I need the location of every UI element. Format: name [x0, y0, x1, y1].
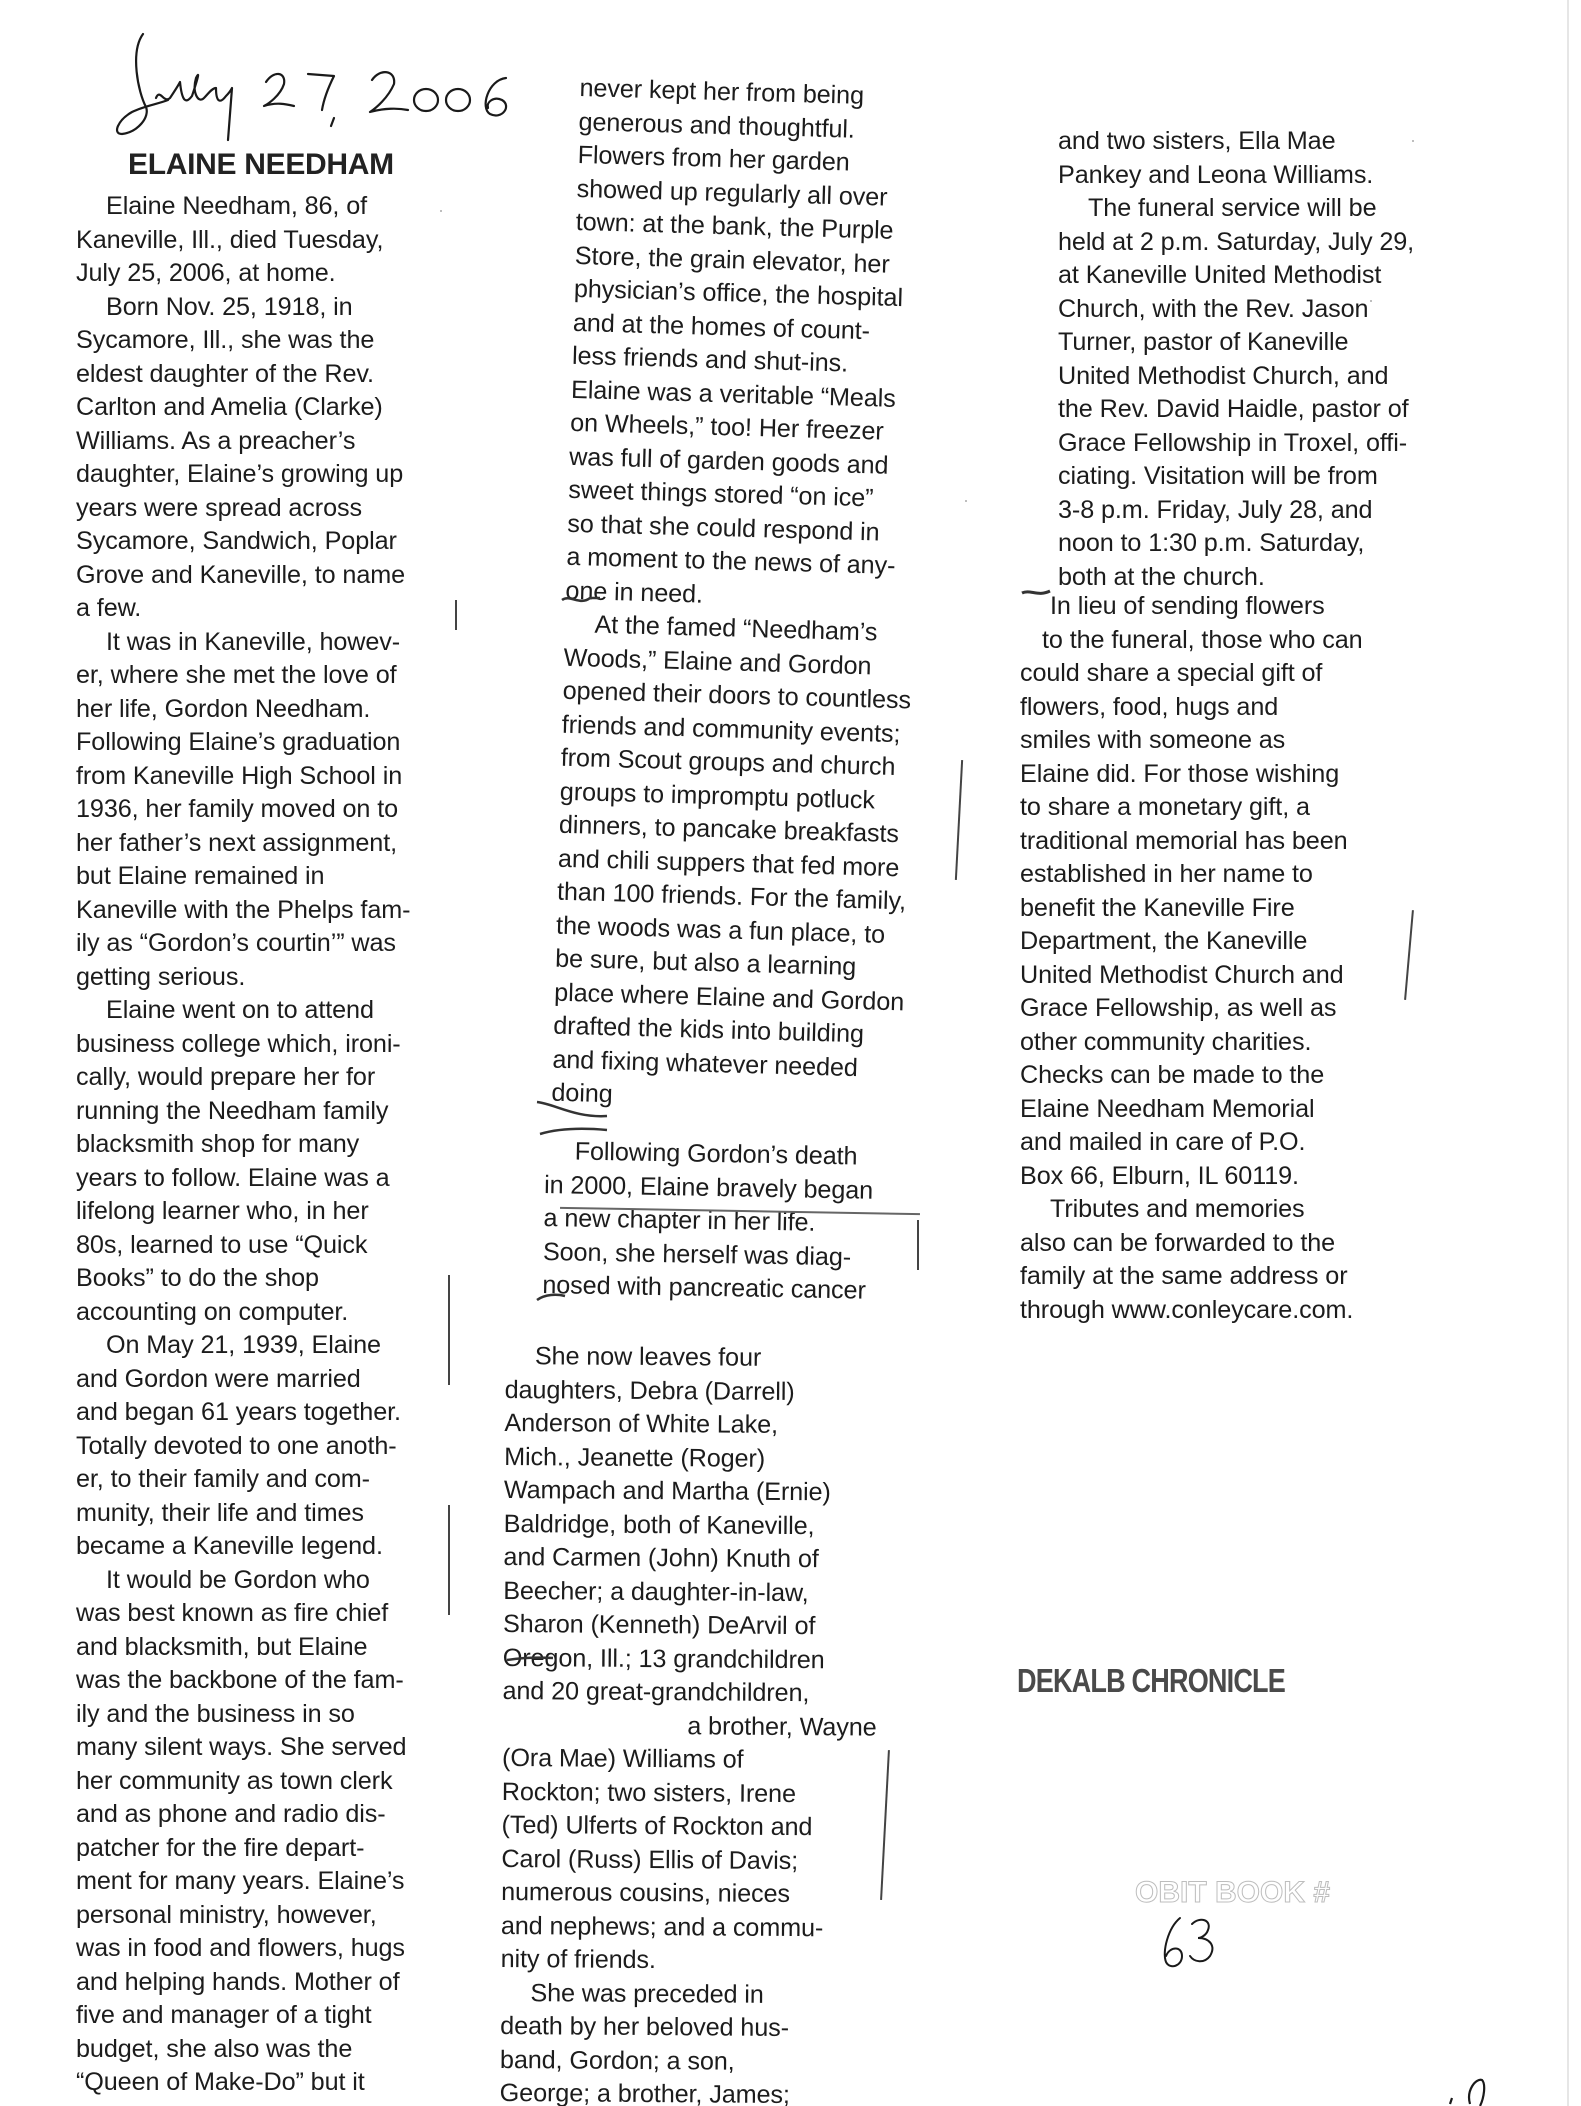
- text-line: Checks can be made to the: [1020, 1059, 1420, 1093]
- obituary-column-2-middle: Following Gordon’s deathin 2000, Elaine …: [542, 1135, 955, 1310]
- text-line: many silent ways. She served: [76, 1731, 466, 1765]
- handwriting-icon: [1158, 1912, 1228, 1972]
- text-line: blacksmith shop for many: [76, 1128, 466, 1162]
- text-line: was best known as fire chief: [76, 1597, 466, 1631]
- text-line: nity of friends.: [501, 1943, 911, 1979]
- text-line: cally, would prepare her for: [76, 1061, 466, 1095]
- scan-speck: [1370, 300, 1372, 302]
- pen-mark-icon: [560, 590, 640, 610]
- text-line: smiles with someone as: [1020, 724, 1420, 758]
- text-line: ily and the business in so: [76, 1698, 466, 1732]
- text-line: Following Elaine’s graduation: [76, 726, 466, 760]
- text-line: ily as “Gordon’s courtin’” was: [76, 927, 466, 961]
- handwritten-mark: [1440, 2070, 1510, 2106]
- text-line: er, to their family and com-: [76, 1463, 466, 1497]
- text-line: to the funeral, those who can: [1020, 624, 1420, 658]
- text-line: Sycamore, Ill., she was the: [76, 324, 466, 358]
- text-line: years were spread across: [76, 492, 466, 526]
- text-line: but Elaine remained in: [76, 860, 466, 894]
- text-line: er, where she met the love of: [76, 659, 466, 693]
- text-line: Mich., Jeanette (Roger): [504, 1440, 914, 1476]
- obituary-column-2-bottom: She now leaves fourdaughters, Debra (Dar…: [500, 1340, 915, 2106]
- text-line: United Methodist Church, and: [1058, 360, 1438, 394]
- text-line: Rockton; two sisters, Irene: [502, 1775, 912, 1811]
- clipping-edge: [455, 600, 457, 630]
- text-line: Anderson of White Lake,: [504, 1407, 914, 1443]
- scan-edge: [1567, 0, 1569, 2106]
- text-line: and blacksmith, but Elaine: [76, 1631, 466, 1665]
- text-line: getting serious.: [76, 961, 466, 995]
- text-line: Born Nov. 25, 1918, in: [76, 291, 466, 325]
- text-line: also can be forwarded to the: [1020, 1227, 1420, 1261]
- text-line: It was in Kaneville, howev-: [76, 626, 466, 660]
- text-line: benefit the Kaneville Fire: [1020, 892, 1420, 926]
- text-line: Books” to do the shop: [76, 1262, 466, 1296]
- text-line: 1936, her family moved on to: [76, 793, 466, 827]
- text-line: Elaine went on to attend: [76, 994, 466, 1028]
- text-line: was the backbone of the fam-: [76, 1664, 466, 1698]
- newspaper-stamp: DEKALB CHRONICLE: [1017, 1662, 1285, 1700]
- text-line: Turner, pastor of Kaneville: [1058, 326, 1438, 360]
- text-line: Elaine did. For those wishing: [1020, 758, 1420, 792]
- text-line: a brother, Wayne: [502, 1708, 912, 1744]
- text-line: eldest daughter of the Rev.: [76, 358, 466, 392]
- pen-mark-icon: [535, 1290, 595, 1310]
- text-line: at Kaneville United Methodist: [1058, 259, 1438, 293]
- text-line: Elaine Needham, 86, of: [76, 190, 466, 224]
- text-line: patcher for the fire depart-: [76, 1832, 466, 1866]
- text-line: United Methodist Church and: [1020, 959, 1420, 993]
- scan-speck: [965, 500, 967, 502]
- text-line: the Rev. David Haidle, pastor of: [1058, 393, 1438, 427]
- text-line: Williams. As a preacher’s: [76, 425, 466, 459]
- text-line: The funeral service will be: [1058, 192, 1438, 226]
- pen-mark-icon: [1020, 585, 1060, 605]
- scan-speck: [1412, 140, 1414, 142]
- text-line: She was preceded in: [500, 1976, 910, 2012]
- text-line: and as phone and radio dis-: [76, 1798, 466, 1832]
- text-line: Tributes and memories: [1020, 1193, 1420, 1227]
- text-line: through www.conleycare.com.: [1020, 1294, 1420, 1328]
- obituary-column-1: Elaine Needham, 86, ofKaneville, Ill., d…: [76, 190, 466, 2100]
- text-line: was in food and flowers, hugs: [76, 1932, 466, 1966]
- text-line: and began 61 years together.: [76, 1396, 466, 1430]
- obituary-column-3-top: and two sisters, Ella MaePankey and Leon…: [1058, 125, 1438, 594]
- text-line: Elaine Needham Memorial: [1020, 1093, 1420, 1127]
- text-line: (Ted) Ulferts of Rockton and: [501, 1809, 911, 1845]
- text-line: and helping hands. Mother of: [76, 1966, 466, 2000]
- text-line: Grace Fellowship, as well as: [1020, 992, 1420, 1026]
- text-line: Baldridge, both of Kaneville,: [504, 1507, 914, 1543]
- text-line: both at the church.: [1058, 561, 1438, 595]
- text-line: Carlton and Amelia (Clarke): [76, 391, 466, 425]
- text-line: running the Needham family: [76, 1095, 466, 1129]
- text-line: George; a brother, James;: [500, 2077, 910, 2106]
- text-line: other community charities.: [1020, 1026, 1420, 1060]
- text-line: became a Kaneville legend.: [76, 1530, 466, 1564]
- text-line: Church, with the Rev. Jason: [1058, 293, 1438, 327]
- text-line: five and manager of a tight: [76, 1999, 466, 2033]
- text-line: held at 2 p.m. Saturday, July 29,: [1058, 226, 1438, 260]
- text-line: “Queen of Make-Do” but it: [76, 2066, 466, 2100]
- text-line: numerous cousins, nieces: [501, 1876, 911, 1912]
- pen-mark-icon: [535, 1090, 625, 1140]
- text-line: to share a monetary gift, a: [1020, 791, 1420, 825]
- text-line: munity, their life and times: [76, 1497, 466, 1531]
- text-line: Department, the Kaneville: [1020, 925, 1420, 959]
- text-line: and Gordon were married: [76, 1363, 466, 1397]
- text-line: and nephews; and a commu-: [501, 1909, 911, 1945]
- text-line: noon to 1:30 p.m. Saturday,: [1058, 527, 1438, 561]
- text-line: (Ora Mae) Williams of: [502, 1742, 912, 1778]
- text-line: Carol (Russ) Ellis of Davis;: [501, 1842, 911, 1878]
- handwriting-icon: [108, 22, 528, 147]
- text-line: her community as town clerk: [76, 1765, 466, 1799]
- text-line: band, Gordon; a son,: [500, 2043, 910, 2079]
- text-line: It would be Gordon who: [76, 1564, 466, 1598]
- obit-book-number-handwritten: [1158, 1912, 1228, 1972]
- text-line: and Carmen (John) Knuth of: [503, 1541, 913, 1577]
- text-line: She now leaves four: [505, 1340, 915, 1376]
- obit-book-stamp: OBIT BOOK #: [1135, 1876, 1330, 1910]
- text-line: Grove and Kaneville, to name: [76, 559, 466, 593]
- text-line: could share a special gift of: [1020, 657, 1420, 691]
- text-line: her father’s next assignment,: [76, 827, 466, 861]
- text-line: flowers, food, hugs and: [1020, 691, 1420, 725]
- text-line: Pankey and Leona Williams.: [1058, 159, 1438, 193]
- text-line: death by her beloved hus-: [500, 2010, 910, 2046]
- text-line: On May 21, 1939, Elaine: [76, 1329, 466, 1363]
- text-line: July 25, 2006, at home.: [76, 257, 466, 291]
- handwritten-date: [108, 22, 528, 147]
- clipping-edge: [448, 1505, 450, 1615]
- text-line: Beecher; a daughter-in-law,: [503, 1574, 913, 1610]
- text-line: Kaneville with the Phelps fam-: [76, 894, 466, 928]
- scan-speck: [440, 210, 442, 212]
- text-line: Sycamore, Sandwich, Poplar: [76, 525, 466, 559]
- text-line: Wampach and Martha (Ernie): [504, 1474, 914, 1510]
- text-line: lifelong learner who, in her: [76, 1195, 466, 1229]
- text-line: business college which, ironi-: [76, 1028, 466, 1062]
- text-line: established in her name to: [1020, 858, 1420, 892]
- text-line: and mailed in care of P.O.: [1020, 1126, 1420, 1160]
- text-line: Kaneville, Ill., died Tuesday,: [76, 224, 466, 258]
- text-line: ciating. Visitation will be from: [1058, 460, 1438, 494]
- pen-mark-icon: [505, 1648, 565, 1668]
- obituary-title: ELAINE NEEDHAM: [128, 148, 394, 182]
- text-line: Box 66, Elburn, IL 60119.: [1020, 1160, 1420, 1194]
- text-line: personal ministry, however,: [76, 1899, 466, 1933]
- text-line: family at the same address or: [1020, 1260, 1420, 1294]
- text-line: daughters, Debra (Darrell): [505, 1373, 915, 1409]
- handwriting-icon: [1440, 2070, 1510, 2106]
- text-line: accounting on computer.: [76, 1296, 466, 1330]
- text-line: 3-8 p.m. Friday, July 28, and: [1058, 494, 1438, 528]
- text-line: budget, she also was the: [76, 2033, 466, 2067]
- text-line: from Kaneville High School in: [76, 760, 466, 794]
- text-line: her life, Gordon Needham.: [76, 693, 466, 727]
- text-line: years to follow. Elaine was a: [76, 1162, 466, 1196]
- text-line: daughter, Elaine’s growing up: [76, 458, 466, 492]
- text-line: nosed with pancreatic cancer: [542, 1269, 953, 1310]
- text-line: traditional memorial has been: [1020, 825, 1420, 859]
- text-line: In lieu of sending flowers: [1020, 590, 1420, 624]
- text-line: and two sisters, Ella Mae: [1058, 125, 1438, 159]
- text-line: and 20 great-grandchildren,: [502, 1675, 912, 1711]
- text-line: Totally devoted to one anoth-: [76, 1430, 466, 1464]
- text-line: 80s, learned to use “Quick: [76, 1229, 466, 1263]
- text-line: Sharon (Kenneth) DeArvil of: [503, 1608, 913, 1644]
- clipping-edge: [917, 1220, 919, 1270]
- text-line: Grace Fellowship in Troxel, offi-: [1058, 427, 1438, 461]
- text-line: a few.: [76, 592, 466, 626]
- text-line: ment for many years. Elaine’s: [76, 1865, 466, 1899]
- obituary-column-3-bottom: In lieu of sending flowersto the funeral…: [1020, 590, 1420, 1327]
- clipping-edge: [448, 1275, 450, 1385]
